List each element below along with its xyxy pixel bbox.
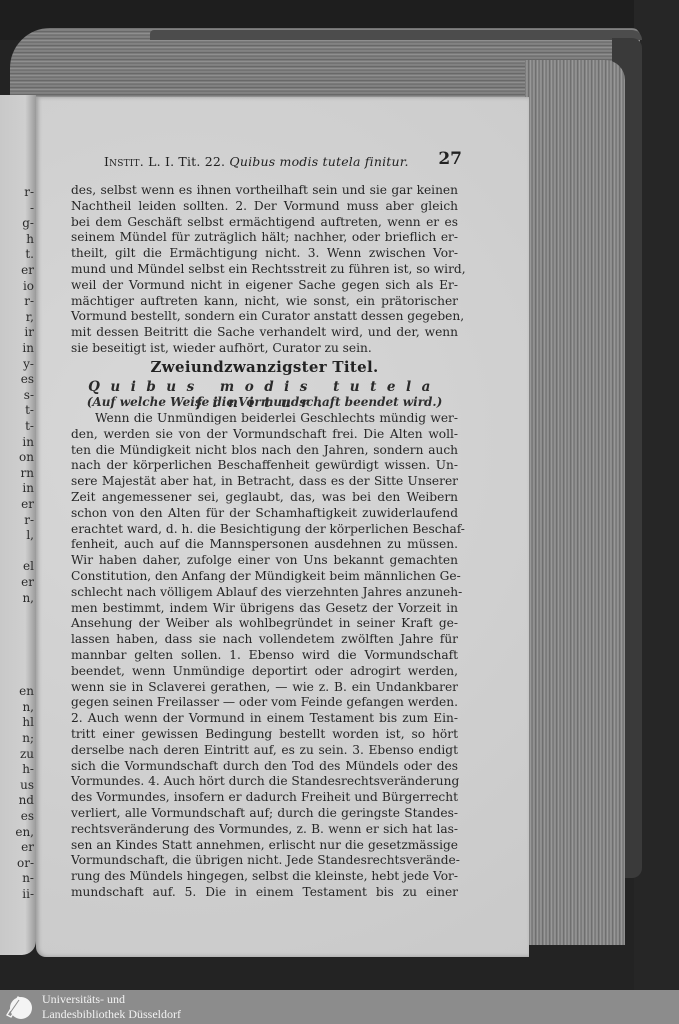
text-line: weil der Vormund nicht in eigener Sache … — [71, 278, 458, 294]
footer-library-line1: Universitäts- und — [42, 992, 125, 1007]
left-page-text-fragment: hl — [0, 715, 34, 731]
left-page-text-fragment: er — [0, 575, 34, 591]
left-page-text-fragment: s- — [0, 388, 34, 404]
page-number: 27 — [438, 149, 462, 169]
left-page-text-fragment: r- — [0, 185, 34, 201]
left-page-text-fragment: - — [0, 201, 34, 217]
running-head-abbrev: Instit. — [104, 154, 144, 169]
left-page-text-fragment: in — [0, 341, 34, 357]
text-line: mit dessen Beitritt die Sache verhandelt… — [71, 325, 458, 341]
left-page-text-fragment: nd — [0, 793, 34, 809]
text-line: sen an Kindes Statt annehmen, erlischt n… — [71, 838, 458, 854]
text-line: mächtiger auftreten kann, nicht, wie son… — [71, 294, 458, 310]
text-line: Wir haben daher, zufolge einer von Uns b… — [71, 553, 458, 569]
section-heading: Zweiundzwanzigster Titel. — [71, 358, 458, 376]
running-head: Instit. L. I. Tit. 22. Quibus modis tute… — [70, 152, 460, 172]
text-line: fenheit, auch auf die Mannspersonen ausd… — [71, 537, 458, 553]
text-line: des Vormundes, insofern er dadurch Freih… — [71, 790, 458, 806]
paragraph-continued: des, selbst wenn es ihnen vortheilhaft s… — [71, 183, 458, 357]
book-cover-top — [150, 30, 642, 40]
text-line: wenn sie in Sclaverei gerathen, — wie z.… — [71, 680, 458, 696]
left-page-text-fragment: g- — [0, 216, 34, 232]
left-page-text-fragment: er — [0, 840, 34, 856]
text-line: nach der körperlichen Beschaffenheit gew… — [71, 458, 458, 474]
left-page-text-fragment: n, — [0, 700, 34, 716]
text-line: sere Majestät aber hat, in Betracht, das… — [71, 474, 458, 490]
left-page-text-fragment: io — [0, 279, 34, 295]
text-line: bei dem Geschäft selbst ermächtigend auf… — [71, 215, 458, 231]
left-page-text-fragment: n, — [0, 591, 34, 607]
left-page-text-fragment: r- — [0, 513, 34, 529]
text-line: 2. Auch wenn der Vormund in einem Testam… — [71, 711, 458, 727]
left-page-text-fragment: er — [0, 263, 34, 279]
left-page-text-fragment: in — [0, 435, 34, 451]
text-line: seinem Mündel für zuträglich hält; nachh… — [71, 230, 458, 246]
text-line: Vormundes. 4. Auch hört durch die Stande… — [71, 774, 458, 790]
left-page-text-fragment: l, — [0, 528, 34, 544]
text-line: beendet, wenn Unmündige deportirt oder a… — [71, 664, 458, 680]
text-line: sie beseitigt ist, wieder aufhört, Curat… — [71, 341, 458, 357]
left-page-text-fragment: en, — [0, 825, 34, 841]
text-line: rung des Mündels hingegen, selbst die kl… — [71, 869, 458, 885]
text-line: verliert, alle Vormundschaft auf; durch … — [71, 806, 458, 822]
text-line: schon von den Alten für der Schamhaftigk… — [71, 506, 458, 522]
running-head-title: Quibus modis tutela finitur. — [229, 154, 408, 169]
left-page-text-fragment: en — [0, 684, 34, 700]
left-page-text-fragment: es — [0, 809, 34, 825]
text-line: men bestimmt, indem Wir übrigens das Ges… — [71, 601, 458, 617]
text-line: theilt, gilt die Ermächtigung nicht. 3. … — [71, 246, 458, 262]
text-line: rechtsveränderung des Vormundes, z. B. w… — [71, 822, 458, 838]
text-line: derselbe nach deren Eintritt auf, es zu … — [71, 743, 458, 759]
running-head-ref: L. I. Tit. 22. — [144, 154, 229, 169]
left-page-text-fragment: es — [0, 372, 34, 388]
left-page-text-fragment: h- — [0, 762, 34, 778]
text-line: Constitution, den Anfang der Mündigkeit … — [71, 569, 458, 585]
left-page-text-fragment: on — [0, 450, 34, 466]
text-line: Nachtheil leiden sollten. 2. Der Vormund… — [71, 199, 458, 215]
text-line: gegen seinen Freilasser — oder vom Feind… — [71, 695, 458, 711]
paragraph-main: Wenn die Unmündigen beiderlei Geschlecht… — [71, 411, 458, 901]
left-page-text-fragment: zu — [0, 747, 34, 763]
left-page-text-fragment: t. — [0, 247, 34, 263]
text-line: Zeit angemessener sei, geglaubt, das, wa… — [71, 490, 458, 506]
text-line: mannbar gelten sollen. 1. Ebenso wird di… — [71, 648, 458, 664]
text-line: schlecht nach völligem Ablauf des vierze… — [71, 585, 458, 601]
text-line: erachtet ward, d. h. die Besichtigung de… — [71, 522, 458, 538]
footer-library-line2: Landesbibliothek Düsseldorf — [42, 1007, 181, 1022]
left-page-text-fragment: h — [0, 232, 34, 248]
left-page-text-fragment: ir — [0, 325, 34, 341]
left-page-text-fragment: or- — [0, 856, 34, 872]
left-page: r--g-ht.erior-r,iriny-ess-t-t-inonrniner… — [0, 95, 36, 955]
text-line: mund und Mündel selbst ein Rechtsstreit … — [71, 262, 458, 278]
german-subtitle: (Auf welche Weise die Vormundschaft been… — [71, 395, 458, 409]
left-page-text-fragment: us — [0, 778, 34, 794]
book-fore-edge — [525, 60, 625, 945]
left-page-text-fragment: in — [0, 481, 34, 497]
text-line: Vormundschaft, die übrigen nicht. Jede S… — [71, 853, 458, 869]
text-line: tritt einer gewissen Bedingung bestellt … — [71, 727, 458, 743]
text-line: den, werden sie von der Vormundschaft fr… — [71, 427, 458, 443]
left-page-text-fragment: t- — [0, 419, 34, 435]
left-page-text-fragment: t- — [0, 403, 34, 419]
left-page-text-fragment: el — [0, 559, 34, 575]
text-line: Wenn die Unmündigen beiderlei Geschlecht… — [71, 411, 458, 427]
left-page-text-fragment: ii- — [0, 887, 34, 903]
text-line: des, selbst wenn es ihnen vortheilhaft s… — [71, 183, 458, 199]
text-line: Ansehung der Weiber als wohlbegründet in… — [71, 616, 458, 632]
text-line: lassen haben, dass sie nach vollendetem … — [71, 632, 458, 648]
text-line: sich die Vormundschaft durch den Tod des… — [71, 759, 458, 775]
left-page-text-fragment: n; — [0, 731, 34, 747]
text-line: Vormund bestellt, sondern ein Curator an… — [71, 309, 458, 325]
left-page-text-fragment: r- — [0, 294, 34, 310]
text-line: mundschaft auf. 5. Die in einem Testamen… — [71, 885, 458, 901]
text-line: ten die Mündigkeit nicht blos nach den J… — [71, 443, 458, 459]
left-page-text-fragment: rn — [0, 466, 34, 482]
library-logo-icon — [4, 993, 34, 1021]
left-page-text-fragment: y- — [0, 357, 34, 373]
left-page-text-fragment: n- — [0, 871, 34, 887]
left-page-text-fragment: r, — [0, 310, 34, 326]
left-page-text-fragment: er — [0, 497, 34, 513]
